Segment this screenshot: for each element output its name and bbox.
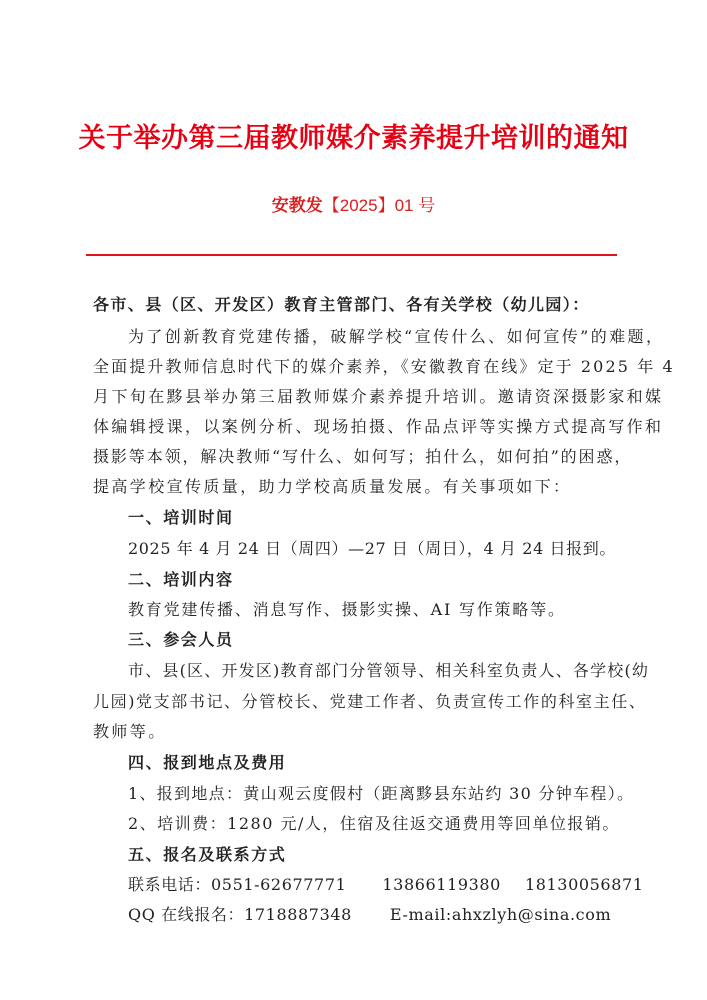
red-divider [86, 254, 617, 256]
intro-line: 为了创新教育党建传播，破解学校“宣传什么、如何宣传”的难题， [128, 324, 664, 347]
section-heading: 四、报到地点及费用 [128, 750, 286, 773]
qq-label: QQ 在线报名： [128, 905, 244, 924]
phone-label: 联系电话： [128, 875, 211, 894]
email-label: E-mail: [390, 905, 452, 924]
section-line: 儿园)党支部书记、分管校长、党建工作者、负责宣传工作的科室主任、 [93, 689, 646, 712]
intro-line: 提高学校宣传质量，助力学校高质量发展。有关事项如下： [93, 474, 571, 497]
contact-phone-line: 联系电话：0551-626777711386611938018130056871 [128, 872, 644, 895]
intro-line: 体编辑授课，以案例分析、现场拍摄、作品点评等实操方式提高写作和 [93, 414, 663, 437]
salutation: 各市、县（区、开发区）教育主管部门、各有关学校（幼儿园）： [93, 292, 590, 315]
section-line: 1、报到地点：黄山观云度假村（距离黟县东站约 30 分钟车程）。 [128, 781, 634, 804]
phone-number[interactable]: 0551-62677771 [211, 875, 346, 894]
intro-line: 全面提升教师信息时代下的媒介素养，《安徽教育在线》定于 2025 年 4 [93, 354, 675, 377]
section-line: 2、培训费：1280 元/人，住宿及往返交通费用等回单位报销。 [128, 811, 620, 834]
section-line: 2025 年 4 月 24 日（周四）—27 日（周日），4 月 24 日报到。 [128, 536, 616, 559]
section-heading: 三、参会人员 [128, 627, 234, 650]
section-heading: 二、培训内容 [128, 567, 234, 590]
section-line: 市、县(区、开发区)教育部门分管领导、相关科室负责人、各学校(幼 [128, 658, 649, 681]
document-title: 关于举办第三届教师媒介素养提升培训的通知 [0, 116, 707, 155]
intro-line: 月下旬在黟县举办第三届教师媒介素养提升培训。邀请资深摄影家和媒 [93, 384, 663, 407]
document-number: 安教发【2025】01 号 [0, 191, 707, 216]
intro-line: 摄影等本领，解决教师“写什么、如何写；拍什么，如何拍”的困惑， [93, 444, 632, 467]
section-line: 教师等。 [93, 719, 167, 742]
email-link[interactable]: ahxzlyh@sina.com [452, 905, 611, 924]
section-heading: 一、培训时间 [128, 505, 234, 528]
section-heading: 五、报名及联系方式 [128, 842, 286, 865]
document-number-rest: 【2025】01 号 [323, 196, 435, 215]
phone-number[interactable]: 18130056871 [525, 875, 644, 894]
phone-number[interactable]: 13866119380 [382, 875, 501, 894]
document-number-prefix: 安教发 [272, 196, 323, 216]
qq-number[interactable]: 1718887348 [244, 905, 352, 924]
section-line: 教育党建传播、消息写作、摄影实操、AI 写作策略等。 [128, 597, 566, 620]
contact-qq-email-line: QQ 在线报名：1718887348E-mail:ahxzlyh@sina.co… [128, 902, 611, 925]
